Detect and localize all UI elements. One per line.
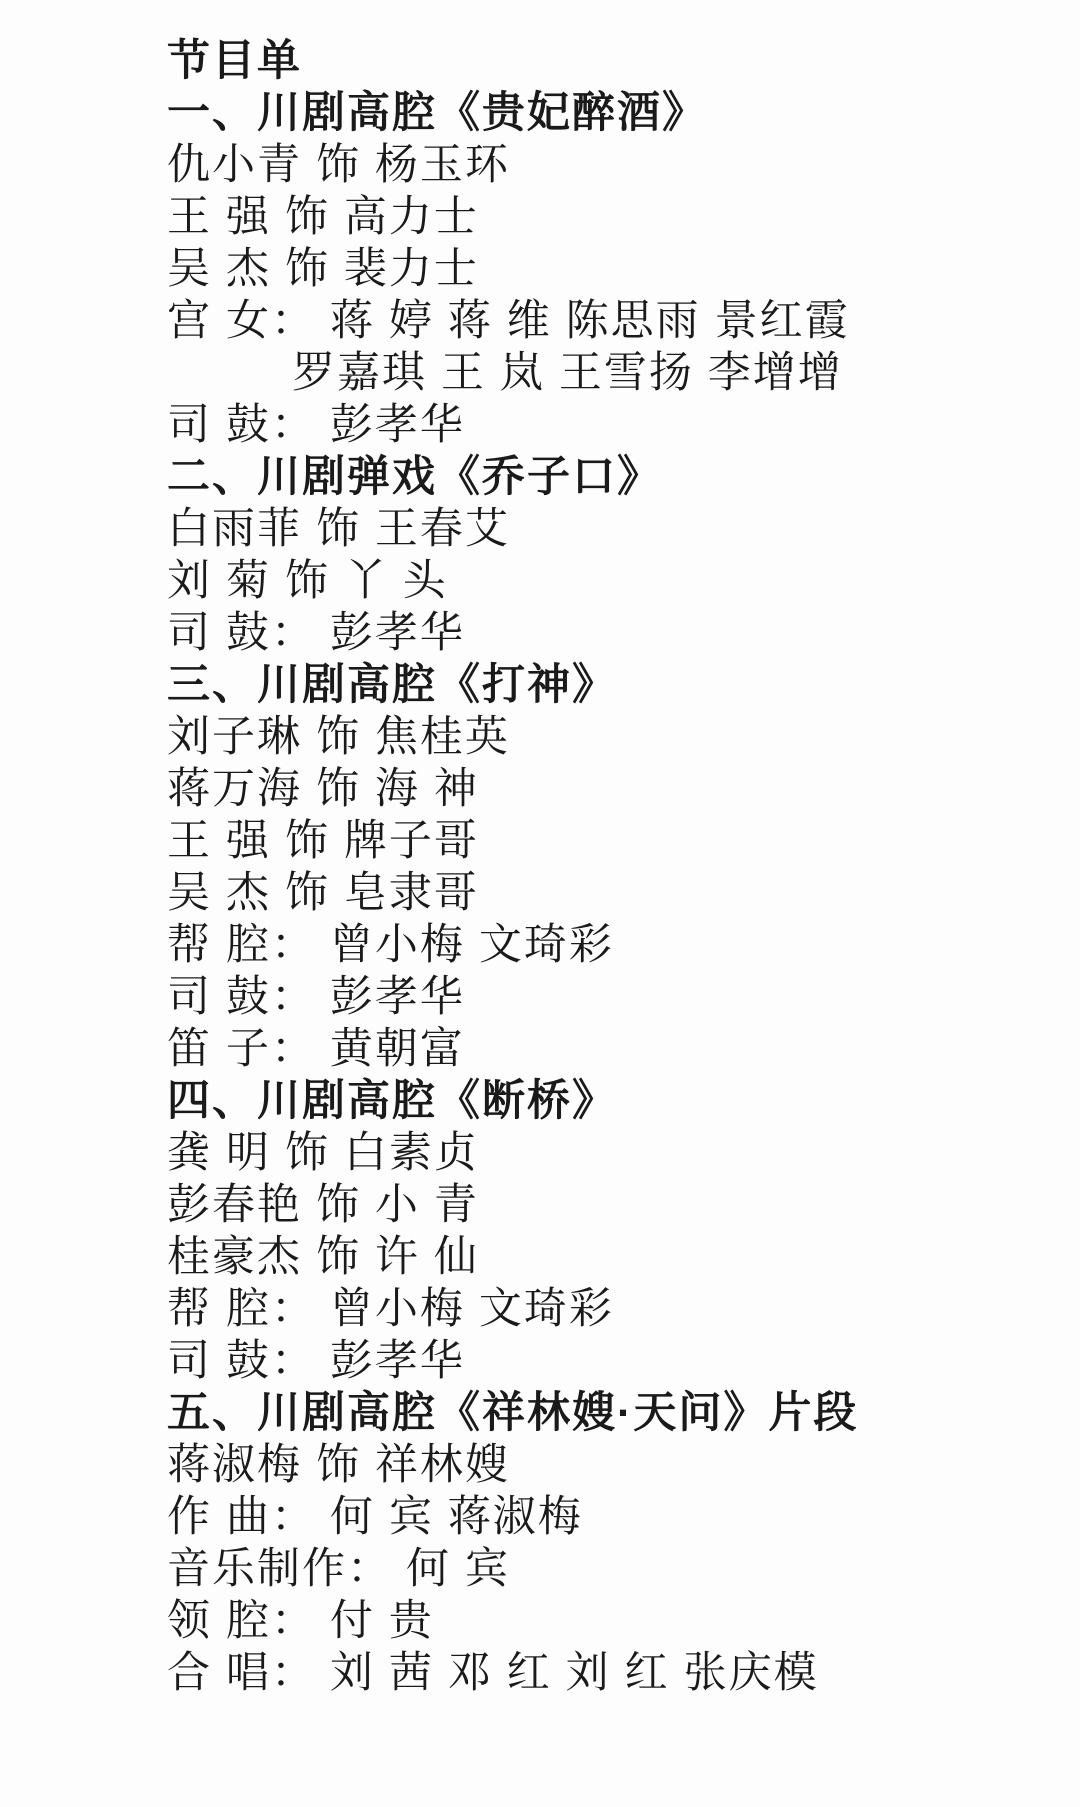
cast-line: 蒋淑梅 饰 祥林嫂 [167,1439,1040,1491]
cast-line: 领 腔： 付 贵 [167,1595,1040,1647]
cast-line: 彭春艳 饰 小 青 [167,1179,1040,1231]
cast-line: 宫 女： 蒋 婷 蒋 维 陈思雨 景红霞 [167,295,1040,347]
cast-line: 司 鼓： 彭孝华 [167,971,1040,1023]
cast-line: 吴 杰 饰 皂隶哥 [167,867,1040,919]
section-header: 四、川剧高腔《断桥》 [167,1075,1040,1127]
program-lines-container: 节目单一、川剧高腔《贵妃醉酒》仇小青 饰 杨玉环王 强 饰 高力士吴 杰 饰 裴… [0,0,1080,1699]
cast-line: 帮 腔： 曾小梅 文琦彩 [167,1283,1040,1335]
cast-line: 蒋万海 饰 海 神 [167,763,1040,815]
cast-line: 作 曲： 何 宾 蒋淑梅 [167,1491,1040,1543]
cast-line: 音乐制作： 何 宾 [167,1543,1040,1595]
cast-line: 合 唱： 刘 茜 邓 红 刘 红 张庆模 [167,1647,1040,1699]
cast-line: 笛 子： 黄朝富 [167,1023,1040,1075]
cast-line: 吴 杰 饰 裴力士 [167,243,1040,295]
cast-line: 桂豪杰 饰 许 仙 [167,1231,1040,1283]
section-header: 二、川剧弹戏《乔子口》 [167,451,1040,503]
section-header: 三、川剧高腔《打神》 [167,659,1040,711]
cast-line: 帮 腔： 曾小梅 文琦彩 [167,919,1040,971]
cast-line: 刘 菊 饰 丫 头 [167,555,1040,607]
cast-line: 王 强 饰 高力士 [167,191,1040,243]
cast-line: 司 鼓： 彭孝华 [167,607,1040,659]
cast-line: 龚 明 饰 白素贞 [167,1127,1040,1179]
cast-line: 仇小青 饰 杨玉环 [167,139,1040,191]
cast-line: 王 强 饰 牌子哥 [167,815,1040,867]
program-document-page: 节目单一、川剧高腔《贵妃醉酒》仇小青 饰 杨玉环王 强 饰 高力士吴 杰 饰 裴… [0,0,1080,1807]
cast-line: 司 鼓： 彭孝华 [167,399,1040,451]
cast-line: 白雨菲 饰 王春艾 [167,503,1040,555]
section-header: 五、川剧高腔《祥林嫂·天问》片段 [167,1387,1040,1439]
cast-line-continuation: 罗嘉琪 王 岚 王雪扬 李增增 [167,347,1040,399]
program-title: 节目单 [167,35,1040,87]
cast-line: 刘子琳 饰 焦桂英 [167,711,1040,763]
cast-line: 司 鼓： 彭孝华 [167,1335,1040,1387]
section-header: 一、川剧高腔《贵妃醉酒》 [167,87,1040,139]
